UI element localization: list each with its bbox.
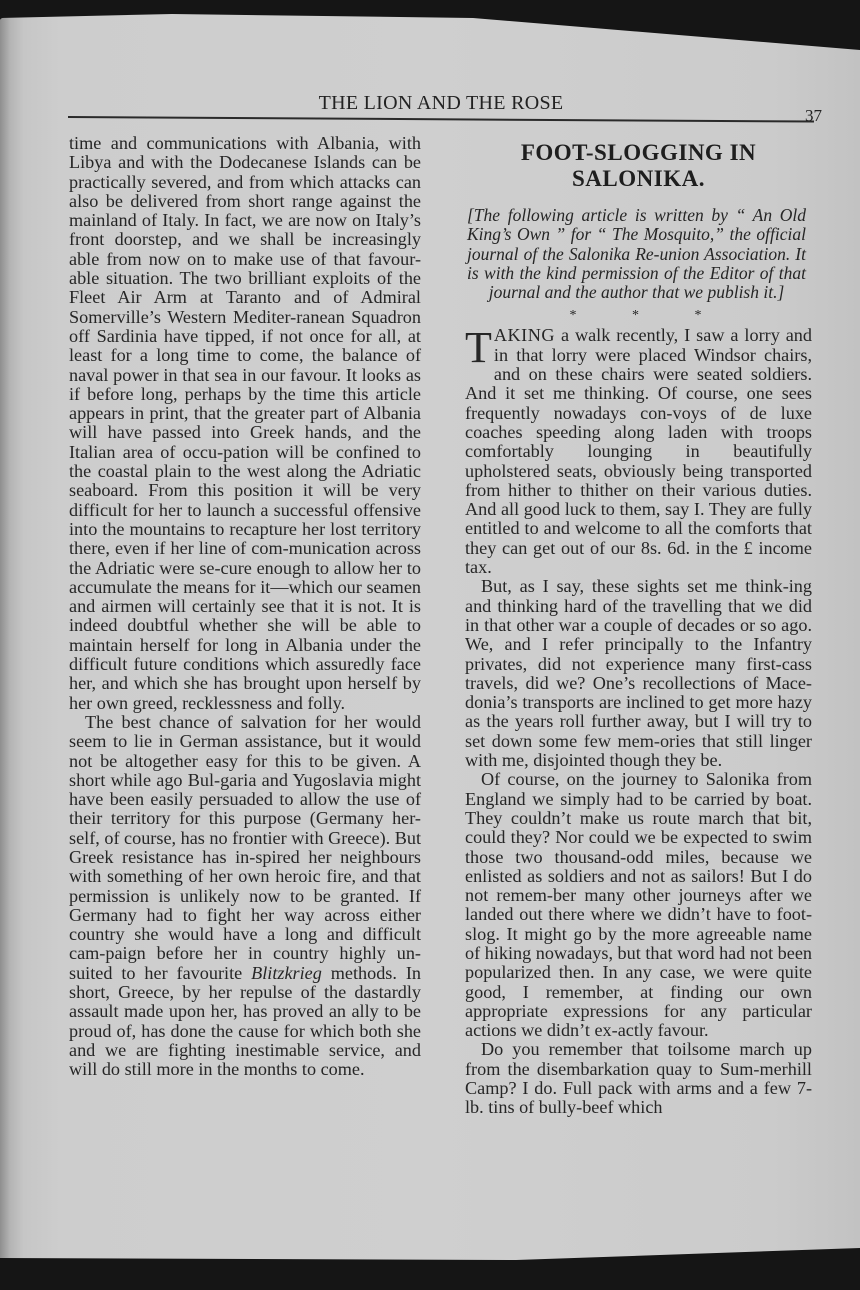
body-paragraph: time and communications with Albania, wi… bbox=[69, 134, 421, 713]
header-rule bbox=[68, 116, 814, 123]
right-column: FOOT-SLOGGING IN SALONIKA. [The followin… bbox=[465, 134, 812, 1118]
paragraph-text: a walk recently, I saw a lorry and in th… bbox=[465, 325, 812, 577]
body-paragraph: But, as I say, these sights set me think… bbox=[465, 577, 812, 770]
page-number: 37 bbox=[805, 106, 822, 126]
first-word: AKING bbox=[494, 325, 555, 345]
left-column: time and communications with Albania, wi… bbox=[69, 134, 421, 1080]
body-paragraph: Of course, on the journey to Salonika fr… bbox=[465, 770, 812, 1040]
section-separator: * * * bbox=[485, 308, 812, 324]
italic-term: Blitzkrieg bbox=[251, 963, 322, 983]
paragraph-text: The best chance of salvation for her wou… bbox=[69, 712, 421, 983]
magazine-page: THE LION AND THE ROSE 37 time and commun… bbox=[0, 14, 860, 1262]
running-title: THE LION AND THE ROSE bbox=[68, 92, 814, 115]
body-paragraph: The best chance of salvation for her wou… bbox=[69, 713, 421, 1080]
body-paragraph: TAKING a walk recently, I saw a lorry an… bbox=[465, 326, 812, 577]
page-header: THE LION AND THE ROSE 37 bbox=[68, 78, 814, 118]
drop-cap: T bbox=[465, 330, 492, 366]
article-title: FOOT-SLOGGING IN SALONIKA. bbox=[465, 140, 812, 192]
body-paragraph: Do you remember that toilsome march up f… bbox=[465, 1040, 812, 1117]
editorial-note: [The following article is written by “ A… bbox=[467, 206, 806, 302]
